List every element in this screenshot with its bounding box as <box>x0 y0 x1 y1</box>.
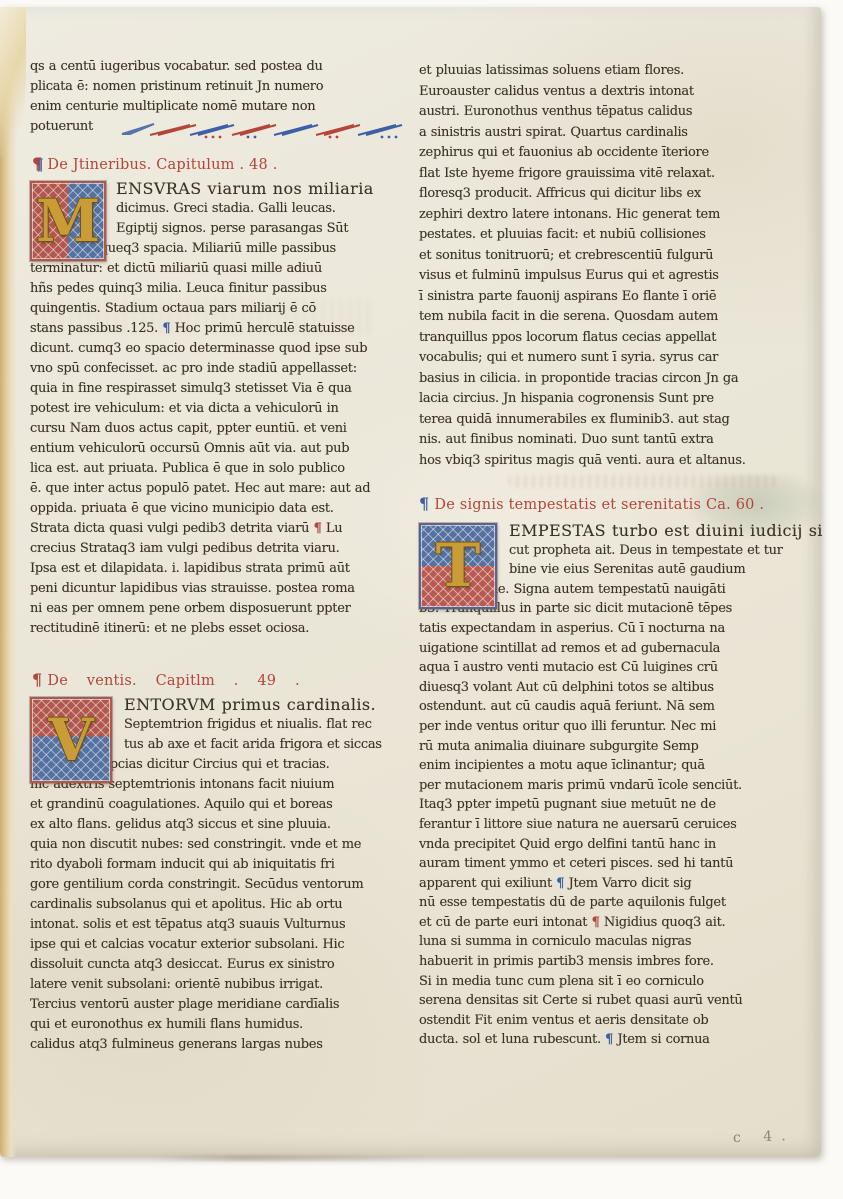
paragraph-continuation: qs a centū iugeribus vocabatur. sed post… <box>30 57 420 137</box>
text-line: serena densitas sit Certe si rubet quasi… <box>419 991 817 1011</box>
text-line: auram timent ymmo et ceteri pisces. sed … <box>419 854 817 874</box>
text-line: et sonitus tonitruorū; et crebrescentiū … <box>419 246 817 267</box>
text-line: vocabulis; qui et numero sunt ī syria. s… <box>419 348 817 369</box>
text-line: Itaq3 ppter impetū pugnant siue metuūt n… <box>419 795 817 815</box>
paraph-mark: ¶ <box>592 915 600 930</box>
initial-letter: V <box>48 706 93 774</box>
text-line: ostendunt. aut cū caudis aquā feriunt. N… <box>419 697 817 717</box>
text-line: lacia circius. Jn hispania cogronensis S… <box>419 389 817 410</box>
rubric-heading-48: ¶De Jtineribus. Capitulum . 48 . <box>32 153 420 175</box>
text-line: ENSVRAS viarum nos miliaria <box>116 179 420 199</box>
text-line: nis. aut finibus nominati. Duo sunt tant… <box>419 430 817 451</box>
illuminated-initial-m: M <box>30 181 106 261</box>
text-line: rectitudinē itinerū: et ne plebs esset o… <box>30 619 420 639</box>
chapter-49-continuation: et pluuias latissimas soluens etiam flor… <box>419 61 817 471</box>
chapter-48: M ENSVRAS viarum nos miliariadicimus. Gr… <box>30 179 420 639</box>
line-filler-flourish-icon <box>120 121 420 139</box>
text-line: aqua ī austro venti mutacio est Cū luigi… <box>419 658 817 678</box>
initial-letter: M <box>36 187 100 255</box>
text-line: dicunt. cumq3 eo spacio determinasse quo… <box>30 339 420 359</box>
paraph-mark: ¶ <box>162 321 170 336</box>
text-line: potest ire vehiculum: et via dicta a veh… <box>30 399 420 419</box>
text-line: quia in fine respirasset simulq3 stetiss… <box>30 379 420 399</box>
text-line: diuesq3 volant Aut cū delphini totos se … <box>419 678 817 698</box>
text-line: bine vie eius Serenitas autē gaudium <box>509 560 817 580</box>
rubric-text: De ventis. Capitlm . 49 . <box>47 673 299 689</box>
text-line: plicata ē: nomen pristinum retinuit Jn n… <box>30 77 420 97</box>
text-line: zephiri dextro latere intonans. Hic gene… <box>419 205 817 226</box>
text-line: et grandinū coagulationes. Aquilo qui et… <box>30 795 420 815</box>
text-line: ipse qui et calcias vocatur exterior sub… <box>30 935 420 955</box>
text-line: Ipsa est et dilapidata. i. lapidibus str… <box>30 559 420 579</box>
text-line: vnda precipitet Quid ergo delfini tantū … <box>419 835 817 855</box>
rubric-heading-60: ¶De signis tempestatis et serenitatis Ca… <box>419 493 817 515</box>
paraph-mark: ¶ <box>605 1032 613 1047</box>
text-line: qui et euronothus ex humili flans humidu… <box>30 1015 420 1035</box>
text-line: qs a centū iugeribus vocabatur. sed post… <box>30 57 420 77</box>
text-line: rito dyaboli formam inducit qui ab iniqu… <box>30 855 420 875</box>
text-line: oppida. priuata ē que vicino municipio d… <box>30 499 420 519</box>
text-line: ducta. sol et luna rubescunt. ¶ Jtem si … <box>419 1030 817 1050</box>
text-line: hos vbiq3 spiritus magis quā venti. aura… <box>419 451 817 472</box>
text-line: ostendit Fit enim ventus et aeris densit… <box>419 1011 817 1031</box>
text-line: dissoluit cuncta atq3 desiccat. Eurus ex… <box>30 955 420 975</box>
text-line: cardinalis subsolanus qui et apolitus. H… <box>30 895 420 915</box>
text-line: visus et fulminū impulsus Eurus qui et a… <box>419 266 817 287</box>
text-line: enim centurie multiplicate nomē mutare n… <box>30 97 420 117</box>
text-line: Si in media tunc cum plena sit ī eo corn… <box>419 972 817 992</box>
rubric-heading-49: ¶De ventis. Capitlm . 49 . <box>32 669 420 691</box>
text-line: entium vehiculorū occursū Omnis aūt via.… <box>30 439 420 459</box>
manuscript-leaf: qs a centū iugeribus vocabatur. sed post… <box>0 7 821 1157</box>
page-curl <box>0 7 26 157</box>
text-line: vno spū confecisset. ac pro inde stadiū … <box>30 359 420 379</box>
text-line: hñs pedes quinq3 milia. Leuca finitur pa… <box>30 279 420 299</box>
text-line: tus ab axe et facit arida frigora et sic… <box>124 735 420 755</box>
text-line: uigatione scintillat ad remos et ad gube… <box>419 639 817 659</box>
text-line: stans passibus .125. ¶ Hoc primū herculē… <box>30 319 420 339</box>
paraph-mark: ¶ <box>314 521 322 536</box>
edge-smudge <box>150 1155 430 1161</box>
text-line: per mutacionem maris primū vndarū īcole … <box>419 776 817 796</box>
text-line: basius in cilicia. in propontide tracias… <box>419 369 817 390</box>
text-line: tem nubila facit in die serena. Quosdam … <box>419 307 817 328</box>
text-line: pestates. et pluuias facit: et nubiū col… <box>419 225 817 246</box>
text-line: ni eas per omnem pene orbem disposuerunt… <box>30 599 420 619</box>
paraph-mark: ¶ <box>556 876 564 891</box>
text-line: intonat. solis et est tēpatus atq3 suaui… <box>30 915 420 935</box>
text-line: Egiptij signos. perse parasangas Sūt <box>116 219 420 239</box>
text-line: Tercius ventorū auster plage meridiane c… <box>30 995 420 1015</box>
illuminated-initial-t: T <box>419 523 497 609</box>
heading-paraph-icon: ¶ <box>32 154 42 173</box>
text-line: a sinistris austri spirat. Quartus cardi… <box>419 123 817 144</box>
text-line: enim incipientes a motu aque īclinantur;… <box>419 756 817 776</box>
text-line: terminatur: et dictū miliariū quasi mill… <box>30 259 420 279</box>
text-line: Strata dicta quasi vulgi pedib3 detrita … <box>30 519 420 539</box>
chapter-60: T EMPESTAS turbo est diuini iudicij sicu… <box>419 521 817 1050</box>
text-line: apparent qui exiliunt ¶ Jtem Varro dicit… <box>419 874 817 894</box>
text-line: zephirus qui et fauonius ab occidente īt… <box>419 143 817 164</box>
text-line: tranquillus ppos locorum flatus cecias a… <box>419 328 817 349</box>
text-line: floresq3 producit. Affricus qui dicitur … <box>419 184 817 205</box>
text-line: ENTORVM primus cardinalis. <box>124 695 420 715</box>
text-line: luna si summa in corniculo maculas nigra… <box>419 932 817 952</box>
text-line: rū muta animalia diuinare subgurgite Sem… <box>419 737 817 757</box>
text-line: crecius Strataq3 iam vulgi pedibus detri… <box>30 539 420 559</box>
rubric-text: De signis tempestatis et serenitatis Ca.… <box>434 497 764 513</box>
text-line: quia non discutit nubes: sed constringit… <box>30 835 420 855</box>
initial-letter: T <box>436 531 481 601</box>
text-line: EMPESTAS turbo est diuini iudicij si <box>509 521 817 541</box>
quire-signature: c 4. <box>733 1128 795 1146</box>
text-column-right: et pluuias latissimas soluens etiam flor… <box>419 61 817 1050</box>
text-line: per inde ventus oritur quo illi feruntur… <box>419 717 817 737</box>
chapter-49: V ENTORVM primus cardinalis.Septemtrion … <box>30 695 420 1055</box>
text-line: habuerit in primis partib3 mensis imbres… <box>419 952 817 972</box>
text-line: lica est. aut priuata. Publica ē que in … <box>30 459 420 479</box>
text-line: cut propheta ait. Deus in tempestate et … <box>509 541 817 561</box>
illuminated-initial-v: V <box>30 697 112 783</box>
text-line: ferantur ī littore siue natura ne auersa… <box>419 815 817 835</box>
text-line: Euroauster calidus ventus a dextris into… <box>419 82 817 103</box>
rubric-text: De Jtineribus. Capitulum . 48 . <box>47 157 277 173</box>
text-line: peni dicuntur lapidibus vias strauisse. … <box>30 579 420 599</box>
text-line: gore gentilium corda constringit. Secūdu… <box>30 875 420 895</box>
text-line: quingentis. Stadium octaua pars miliarij… <box>30 299 420 319</box>
text-line: Septemtrion frigidus et niualis. flat re… <box>124 715 420 735</box>
text-line: ex alto flans. gelidus atq3 siccus et si… <box>30 815 420 835</box>
binding-gutter-edge <box>0 7 17 1157</box>
text-line: latere venit subsolani: orientē nubibus … <box>30 975 420 995</box>
text-line: austri. Euronothus venthus tēpatus calid… <box>419 102 817 123</box>
manuscript-photo: qs a centū iugeribus vocabatur. sed post… <box>0 0 843 1199</box>
text-line: calidus atq3 fulmineus generans largas n… <box>30 1035 420 1055</box>
heading-paraph-icon: ¶ <box>32 670 42 689</box>
text-line: dicimus. Greci stadia. Galli leucas. <box>116 199 420 219</box>
text-line: tatis expectandam in asperius. Cū ī noct… <box>419 619 817 639</box>
text-line: flat Iste hyeme frigore grauissima vitē … <box>419 164 817 185</box>
text-line: ē. que inter actus populō patet. Hec aut… <box>30 479 420 499</box>
text-line: ī sinistra parte fauonij aspirans Eo fla… <box>419 287 817 308</box>
text-line: et cū de parte euri intonat ¶ Nigidius q… <box>419 913 817 933</box>
text-line: terea quidā innumerabiles ex fluminib3. … <box>419 410 817 431</box>
text-line: cursu Nam duos actus capit, ppter euntiū… <box>30 419 420 439</box>
text-line: nū esse tempestatis dū de parte aquiloni… <box>419 893 817 913</box>
heading-paraph-icon: ¶ <box>419 494 429 513</box>
text-column-left: qs a centū iugeribus vocabatur. sed post… <box>30 57 420 1055</box>
text-line: et pluuias latissimas soluens etiam flor… <box>419 61 817 82</box>
